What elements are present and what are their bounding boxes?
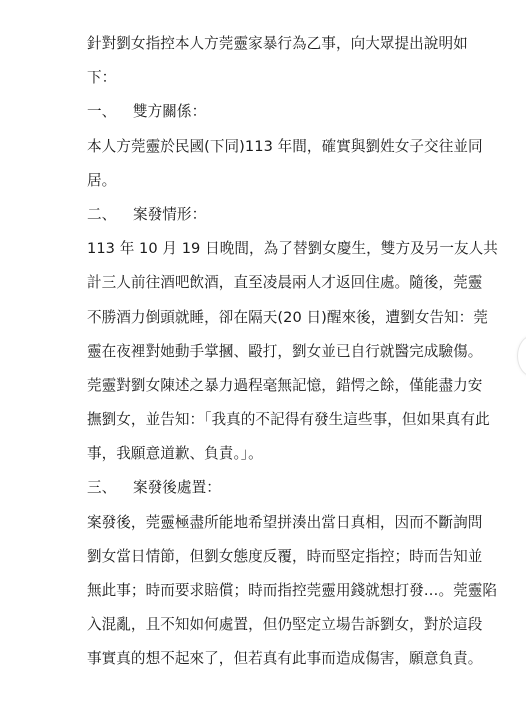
paragraph-line: 事實真的想不起來了，但若真有此事而造成傷害，願意負責。: [87, 646, 467, 680]
paragraph-line: 無此事；時而要求賠償；時而指控莞靈用錢就想打發…。莞靈陷: [87, 578, 467, 612]
section-number: 一、: [87, 99, 133, 125]
paragraph-line: 案發後，莞靈極盡所能地希望拼湊出當日真相，因而不斷詢問: [87, 510, 467, 544]
paragraph-line: 靈在夜裡對她動手掌摑、毆打，劉女並已自行就醫完成驗傷。: [87, 339, 467, 373]
paragraph-line: 計三人前往酒吧飲酒，直至凌晨兩人才返回住處。隨後，莞靈: [87, 270, 467, 304]
intro-line: 針對劉女指控本人方莞靈家暴行為乙事，向大眾提出說明如: [87, 31, 467, 65]
paragraph-line: 113 年 10 月 19 日晚間，為了替劉女慶生，雙方及另一友人共: [87, 236, 467, 270]
paragraph-line: 事，我願意道歉、負責。」。: [87, 441, 467, 475]
paragraph-line: 入混亂，且不知如何處置，但仍堅定立場告訴劉女，對於這段: [87, 612, 467, 646]
section-title: 雙方關係：: [133, 103, 206, 120]
section-number: 三、: [87, 475, 133, 501]
paragraph-line: 居。: [87, 168, 467, 202]
paragraph-line: 撫劉女，並告知：「我真的不記得有發生這些事，但如果真有此: [87, 407, 467, 441]
section-title: 案發後處置：: [133, 479, 221, 496]
section-number: 二、: [87, 202, 133, 228]
paragraph-line: 劉女當日情節，但劉女態度反覆，時而堅定指控；時而告知並: [87, 544, 467, 578]
section-heading-aftermath: 三、案發後處置：: [87, 475, 467, 509]
section-heading-incident: 二、案發情形：: [87, 202, 467, 236]
paragraph-line: 莞靈對劉女陳述之暴力過程毫無記憶，錯愕之餘，僅能盡力安: [87, 373, 467, 407]
paragraph-line: 不勝酒力倒頭就睡，卻在隔天(20 日)醒來後，遭劉女告知：莞: [87, 305, 467, 339]
section-heading-relationship: 一、雙方關係：: [87, 99, 467, 133]
paragraph-line: 本人方莞靈於民國(下同)113 年間，確實與劉姓女子交往並同: [87, 134, 467, 168]
intro-line: 下：: [87, 65, 467, 99]
document-body: 針對劉女指控本人方莞靈家暴行為乙事，向大眾提出說明如 下： 一、雙方關係： 本人…: [87, 31, 467, 681]
side-scroll-handle[interactable]: [517, 335, 526, 377]
section-title: 案發情形：: [133, 206, 206, 223]
